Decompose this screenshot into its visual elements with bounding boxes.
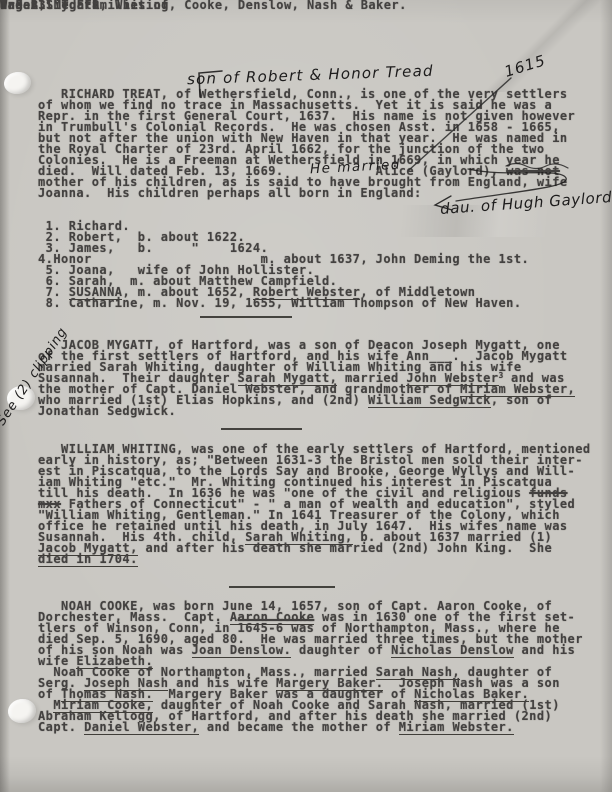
handwritten-year-note: 1615 <box>502 51 548 81</box>
punch-hole <box>6 697 37 725</box>
family-names-line: Treat, Mygatt, Whiting, Cooke, Denslow, … <box>0 0 407 11</box>
scan-edge-right <box>600 0 612 792</box>
typed-line: died in 1704. <box>38 554 591 565</box>
children-list: 1. Richard. 2. Robert, b. about 1622. 3.… <box>38 221 529 309</box>
typed-line: Jonathan Sedgwick. <box>38 406 575 417</box>
paper-crease-top-right <box>470 0 612 92</box>
handwritten-parentage-note: son of Robert & Honor Tread <box>187 62 434 89</box>
section-divider <box>229 586 335 588</box>
paragraph-jacob-mygatt: JACOB MYGATT, of Hartford, was a son of … <box>38 340 575 417</box>
paragraph-richard-treat: RICHARD TREAT, of Wethersfield, Conn., i… <box>38 89 575 199</box>
punch-hole <box>3 70 33 96</box>
section-divider <box>200 316 292 318</box>
paper-edge-bottom <box>0 756 612 792</box>
typed-line: 8. Catharine, m. Nov. 19, 1655, William … <box>38 298 529 309</box>
typed-line: Capt. Daniel Webster, and became the mot… <box>38 722 583 733</box>
paragraph-william-whiting: WILLIAM WHITING, was one of the early se… <box>38 444 591 565</box>
scanned-page: W E B S T E R Page 3. and Allied Familie… <box>0 0 612 792</box>
section-divider <box>221 428 302 430</box>
paragraph-noah-cooke: NOAH COOKE, was born June 14, 1657, son … <box>38 601 583 733</box>
